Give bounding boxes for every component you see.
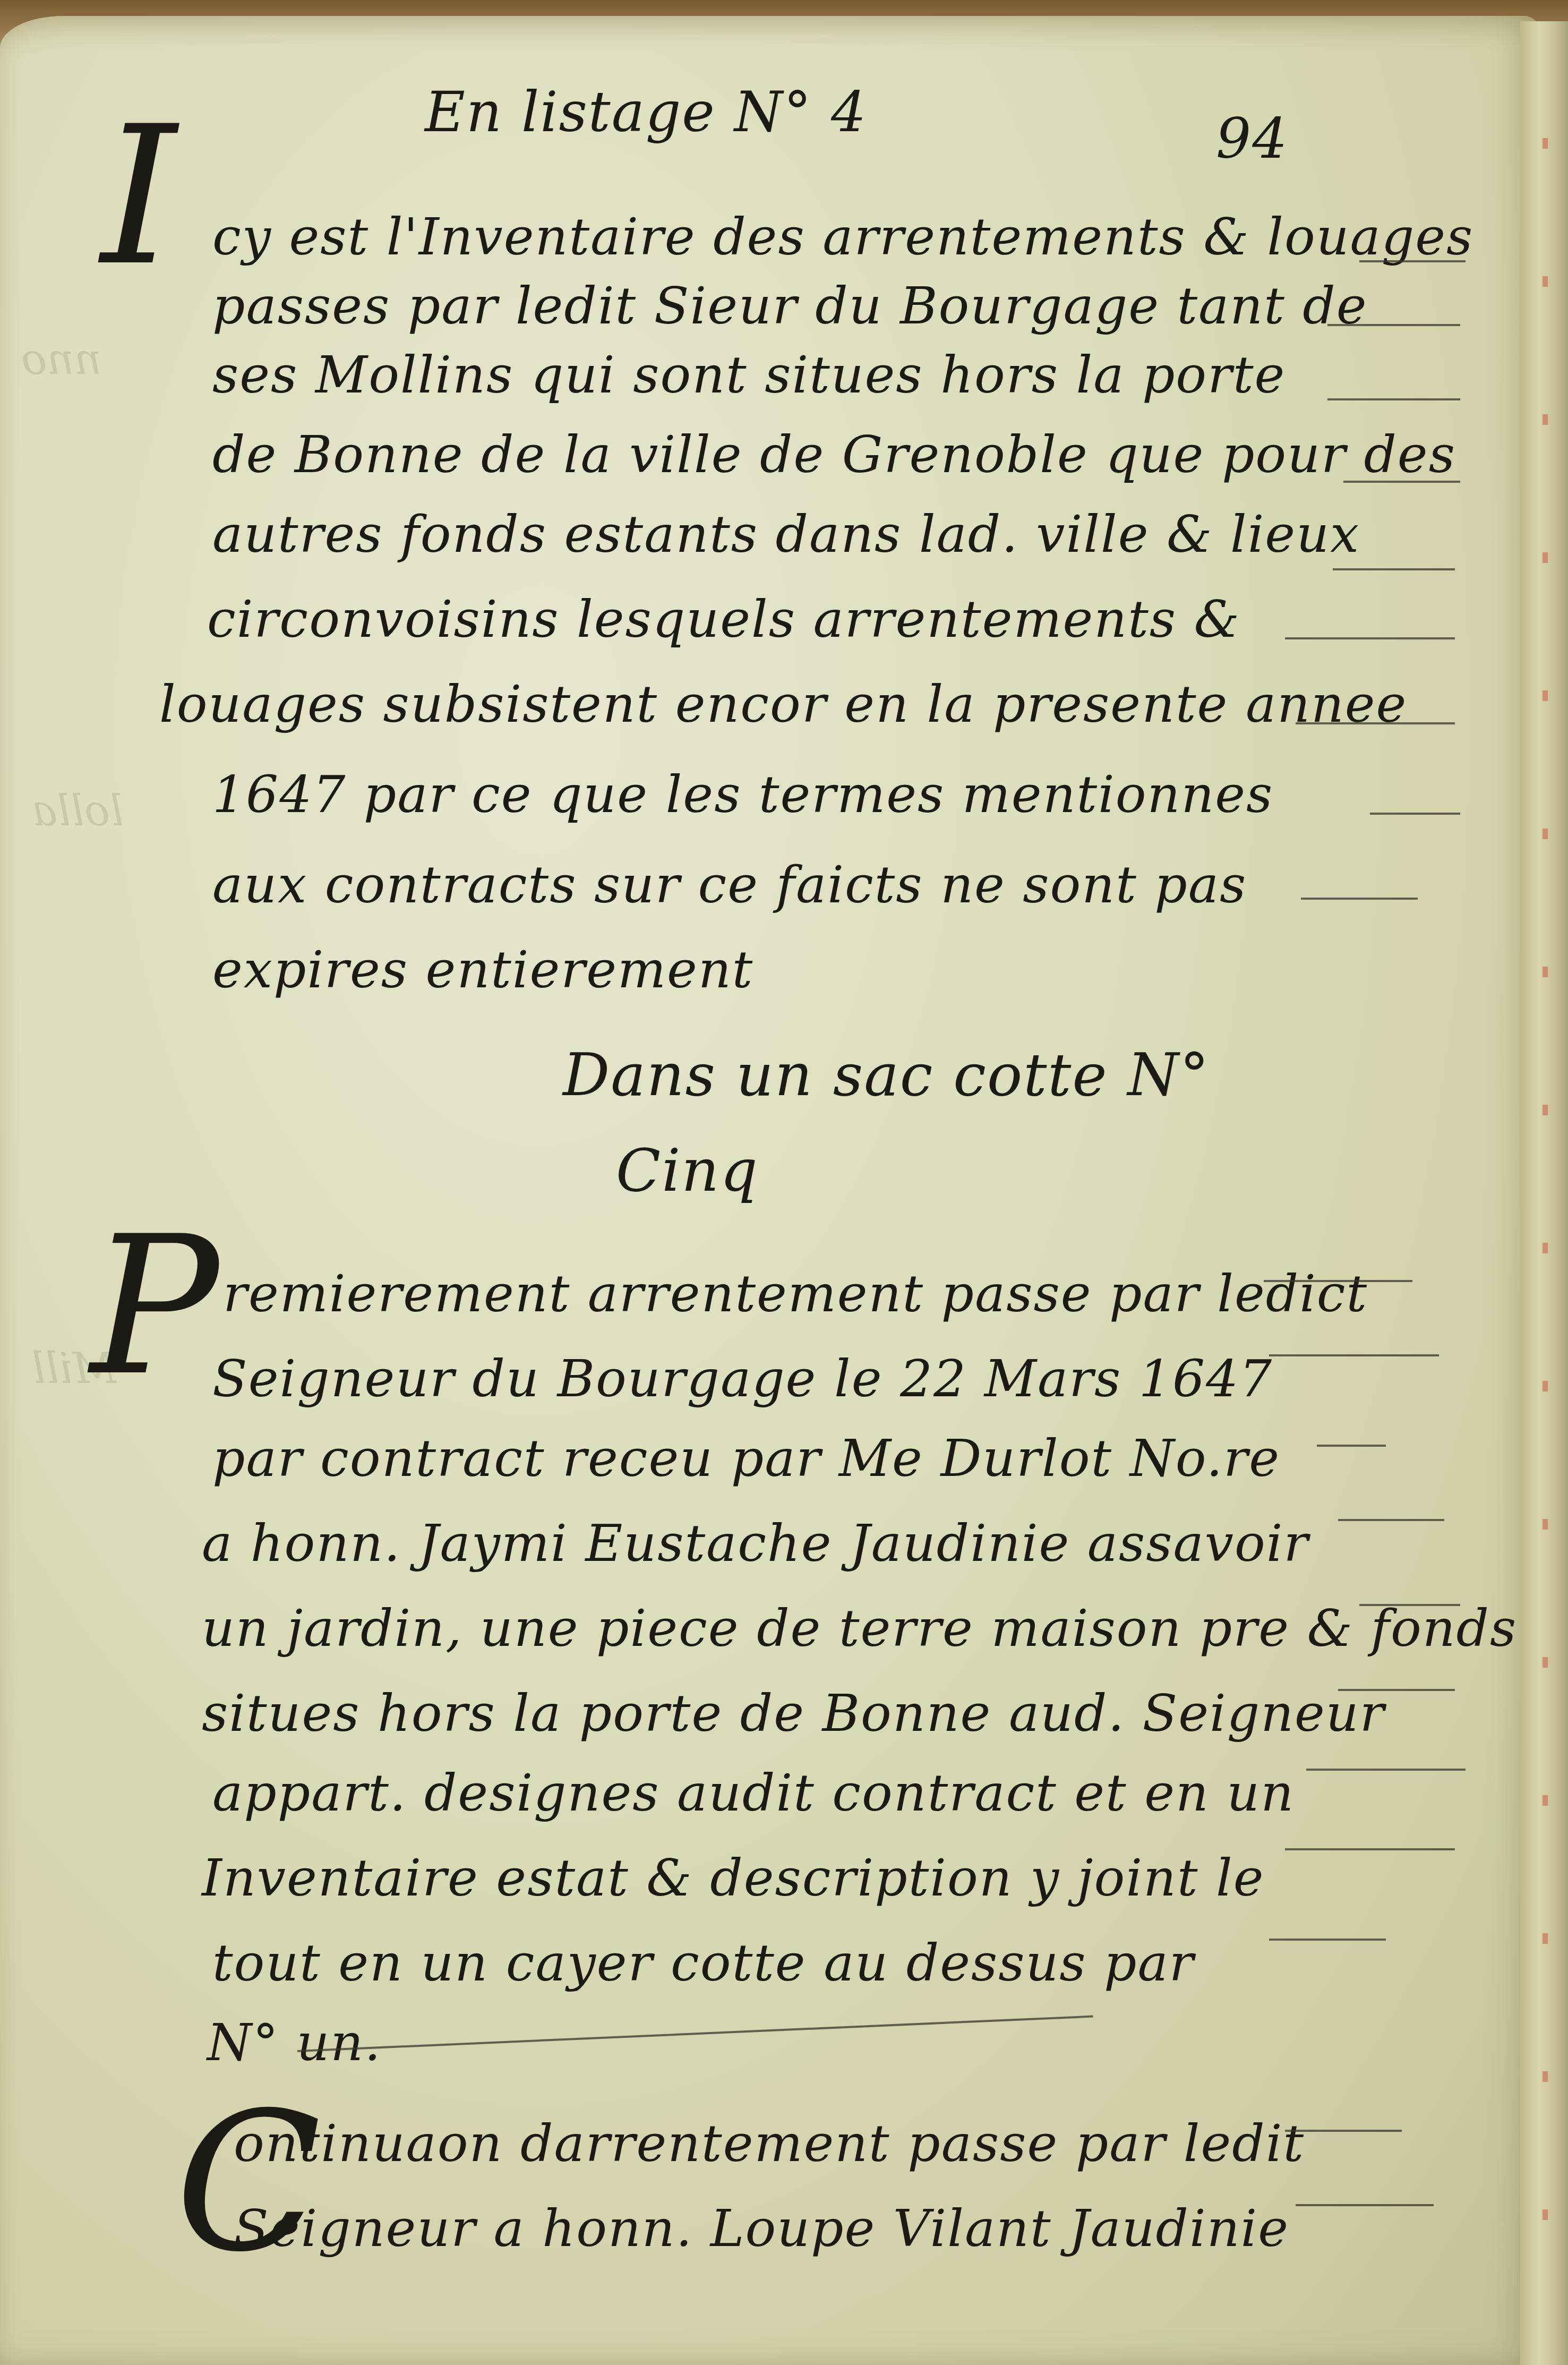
line-filler-dash: [297, 2016, 1093, 2052]
text-line: aux contracts sur ce faicts ne sont pas: [212, 855, 1247, 915]
page-number: 94: [1216, 106, 1288, 171]
section-heading: Dans un sac cotte N°: [563, 1041, 1210, 1109]
line-filler-dash: [1370, 813, 1460, 815]
page-header-title: En listage N° 4: [425, 80, 867, 144]
red-edge-marks: [1543, 64, 1548, 2294]
decorated-initial: I: [101, 101, 177, 292]
text-line: un jardin, une piece de terre maison pre…: [202, 1599, 1517, 1658]
line-filler-dash: [1306, 1769, 1466, 1771]
bleed-through-text: nno: [21, 335, 101, 384]
text-line: passes par ledit Sieur du Bourgage tant …: [212, 276, 1368, 336]
line-filler-dash: [1338, 1689, 1455, 1691]
line-filler-dash: [1343, 481, 1460, 483]
line-filler-dash: [1269, 1939, 1386, 1941]
text-line: expires entierement: [212, 940, 753, 1000]
bleed-through-text: lolla: [32, 786, 124, 835]
text-line: situes hors la porte de Bonne aud. Seign…: [202, 1684, 1385, 1743]
line-filler-dash: [1285, 637, 1455, 639]
line-filler-dash: [1301, 898, 1418, 900]
line-filler-dash: [1264, 1280, 1412, 1282]
line-filler-dash: [1285, 2130, 1402, 2132]
text-line: 1647 par ce que les termes mentionnes: [212, 765, 1273, 824]
line-filler-dash: [1333, 568, 1455, 570]
text-line: Seigneur a honn. Loupe Vilant Jaudinie: [234, 2199, 1289, 2258]
line-filler-dash: [1269, 1354, 1439, 1356]
text-line: remierement arrentement passe par ledict: [223, 1264, 1368, 1324]
text-line: Seigneur du Bourgage le 22 Mars 1647: [212, 1349, 1273, 1408]
manuscript-page: nno lolla Mill En listage N° 4 94 I cy e…: [0, 16, 1540, 2365]
text-line: de Bonne de la ville de Grenoble que pou…: [212, 425, 1456, 484]
line-filler-dash: [1285, 1848, 1455, 1850]
line-filler-dash: [1327, 398, 1460, 400]
text-line: ses Mollins qui sont situes hors la port…: [212, 345, 1286, 405]
decorated-initial: P: [90, 1211, 220, 1402]
line-filler-dash: [1327, 324, 1460, 326]
text-line: louages subsistent encor en la presente …: [159, 675, 1407, 734]
line-filler-dash: [1359, 1604, 1460, 1606]
text-line: circonvoisins lesquels arrentements &: [207, 590, 1240, 649]
section-heading-number: Cinq: [616, 1137, 759, 1205]
line-filler-dash: [1338, 1519, 1444, 1521]
text-line: ontinuaon darrentement passe par ledit: [234, 2114, 1305, 2173]
text-line: par contract receu par Me Durlot No.re: [212, 1429, 1280, 1488]
line-filler-dash: [1317, 1445, 1386, 1447]
text-line: autres fonds estants dans lad. ville & l…: [212, 505, 1360, 564]
text-line: appart. designes audit contract et en un: [212, 1763, 1295, 1823]
text-line: a honn. Jaymi Eustache Jaudinie assavoir: [202, 1514, 1309, 1573]
line-filler-dash: [1359, 260, 1466, 262]
line-filler-dash: [1296, 2204, 1434, 2206]
text-line: tout en un cayer cotte au dessus par: [212, 1933, 1195, 1993]
text-line: Inventaire estat & description y joint l…: [202, 1848, 1265, 1908]
text-line: N° un.: [207, 2013, 382, 2072]
text-line: cy est l'Inventaire des arrentements & l…: [212, 207, 1473, 267]
line-filler-dash: [1296, 722, 1455, 724]
